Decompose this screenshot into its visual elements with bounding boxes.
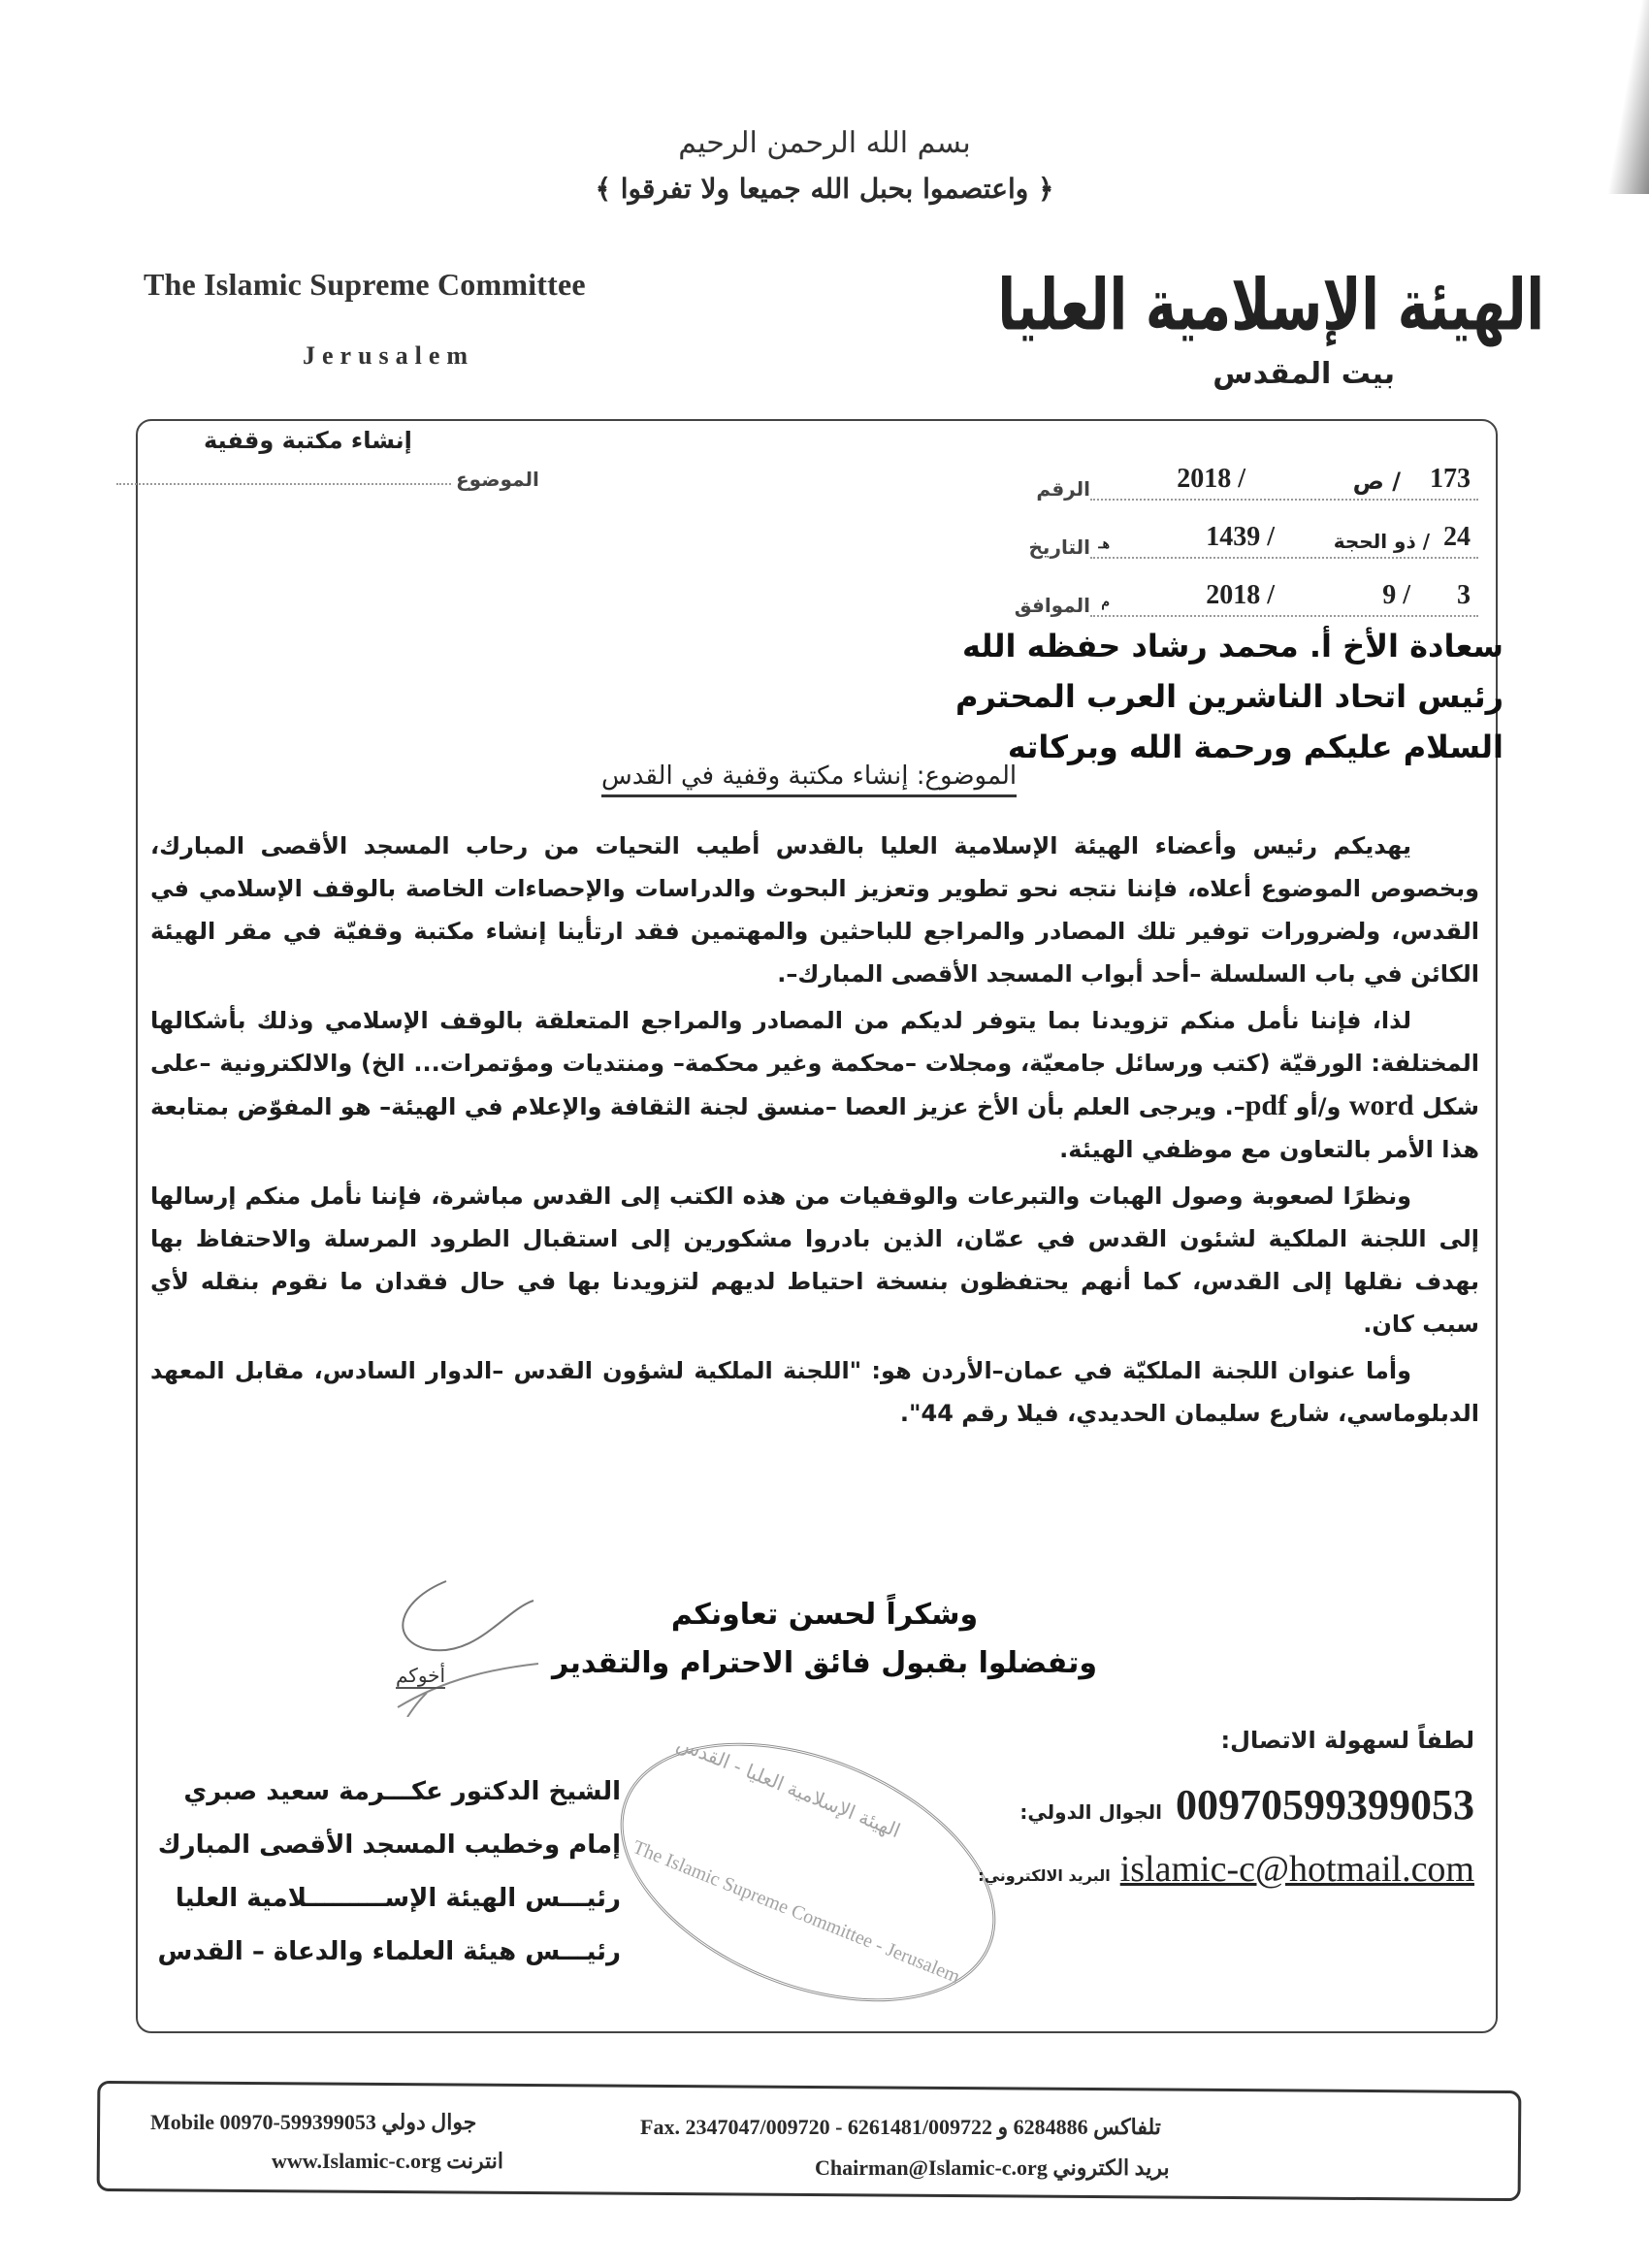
format-word: word (1349, 1089, 1414, 1121)
gregorian-year: / 2018 (1206, 580, 1275, 611)
hijri-date-row: التاريخ 24 / ذو الحجة / 1439 هـ (1042, 514, 1484, 559)
reference-number-label: الرقم (1042, 477, 1090, 501)
addressee-line-1: سعادة الأخ أ. محمد رشاد حفظه الله (955, 621, 1503, 671)
subject-value: إنشاء مكتبة وقفية (204, 427, 412, 454)
format-pdf: pdf (1245, 1089, 1287, 1121)
reference-number-row: الرقم 173 / ص / 2018 (1042, 456, 1484, 501)
contact-email-row: البريد الالكتروني: islamic-c@hotmail.com (978, 1848, 1474, 1891)
contact-phone: 00970599399053 (1176, 1780, 1474, 1830)
hijri-month: / ذو الحجة (1334, 530, 1430, 553)
paragraph-1: يهديكم رئيس وأعضاء الهيئة الإسلامية العل… (150, 825, 1479, 995)
hijri-suffix: هـ (1099, 536, 1110, 553)
org-city-ar: بيت المقدس (1212, 357, 1395, 391)
page-fold-shadow (1591, 0, 1649, 194)
gregorian-suffix: م (1101, 595, 1110, 611)
addressee-line-2: رئيس اتحاد الناشرين العرب المحترم (955, 671, 1503, 722)
reference-number: 173 (1430, 464, 1471, 495)
org-name-en: The Islamic Supreme Committee (144, 267, 586, 303)
closing-thanks: وشكراً لحسن تعاونكم (524, 1591, 1125, 1639)
closing-brother: أخوكم (396, 1664, 445, 1689)
signer-block: الشيخ الدكتور عكـــرمة سعيد صبري إمام وخ… (155, 1766, 621, 1979)
hijri-date-field: 24 / ذو الحجة / 1439 هـ (1090, 518, 1478, 559)
closing-block: وشكراً لحسن تعاونكم وتفضلوا بقبول فائق ا… (524, 1591, 1125, 1688)
contact-email-label: البريد الالكتروني: (978, 1866, 1111, 1885)
signer-name: الشيخ الدكتور عكـــرمة سعيد صبري (155, 1766, 621, 1819)
hijri-year: / 1439 (1206, 522, 1275, 553)
signer-title-1: إمام وخطيب المسجد الأقصى المبارك (155, 1819, 621, 1872)
hijri-date-label: التاريخ (1042, 535, 1090, 559)
footer-fax: تلفاكس 6284886 و 6261481/009722 - 234704… (640, 2115, 1161, 2140)
contact-phone-label: الجوال الدولي: (1019, 1800, 1162, 1824)
paragraph-2-part-b: و/أو (1296, 1093, 1342, 1120)
closing-regards: وتفضلوا بقبول فائق الاحترام والتقدير (524, 1639, 1125, 1688)
reference-number-series: / ص (1353, 468, 1401, 495)
subject-dotted-line (116, 483, 451, 485)
contact-title: لطفاً لسهولة الاتصال: (1221, 1727, 1474, 1754)
reference-number-field: 173 / ص / 2018 (1090, 460, 1478, 501)
gregorian-date-row: الموافق 3 / 9 / 2018 م (1042, 572, 1484, 617)
gregorian-date-field: 3 / 9 / 2018 م (1090, 576, 1478, 617)
gregorian-day: 3 (1457, 580, 1471, 611)
signer-title-2: رئيـــس الهيئة الإســـــــــلامية العليا (155, 1872, 621, 1926)
paragraph-3: ونظرًا لصعوبة وصول الهبات والتبرعات والو… (150, 1175, 1479, 1345)
paragraph-4: وأما عنوان اللجنة الملكيّة في عمان–الأرد… (150, 1349, 1479, 1435)
addressee-line-3: السلام عليكم ورحمة الله وبركاته (955, 722, 1503, 772)
footer-mobile: Mobile 00970-599399053 جوال دولي (150, 2110, 476, 2135)
footer-box (97, 2081, 1522, 2201)
org-name-ar: الهيئة الإسلامية العليا (997, 264, 1544, 346)
contact-phone-row: الجوال الدولي: 00970599399053 (1019, 1780, 1474, 1830)
gregorian-month: / 9 (1382, 580, 1410, 611)
hijri-day: 24 (1443, 522, 1471, 553)
basmala: بسم الله الرحمن الرحيم (582, 126, 1067, 160)
footer-email[interactable]: بريد الكتروني Chairman@Islamic-c.org (815, 2155, 1170, 2181)
footer-website[interactable]: www.Islamic-c.org انترنت (272, 2149, 503, 2174)
paragraph-2: لذا، فإننا نأمل منكم تزويدنا بما يتوفر ل… (150, 999, 1479, 1171)
gregorian-date-label: الموافق (1042, 594, 1090, 617)
org-city-en: Jerusalem (303, 341, 474, 371)
addressee-block: سعادة الأخ أ. محمد رشاد حفظه الله رئيس ا… (955, 621, 1503, 772)
letter-body: يهديكم رئيس وأعضاء الهيئة الإسلامية العل… (150, 825, 1479, 1439)
quran-verse: ﴿ واعتصموا بحبل الله جميعا ولا تفرقوا ﴾ (436, 173, 1212, 205)
contact-email-link[interactable]: islamic-c@hotmail.com (1120, 1848, 1474, 1891)
reference-number-year: / 2018 (1177, 464, 1245, 495)
signer-title-3: رئيـــس هيئة العلماء والدعاة – القدس (155, 1926, 621, 1979)
signature-icon (388, 1571, 543, 1717)
subject-label: الموضوع (456, 468, 539, 491)
subject-heading: الموضوع: إنشاء مكتبة وقفية في القدس (601, 761, 1017, 797)
